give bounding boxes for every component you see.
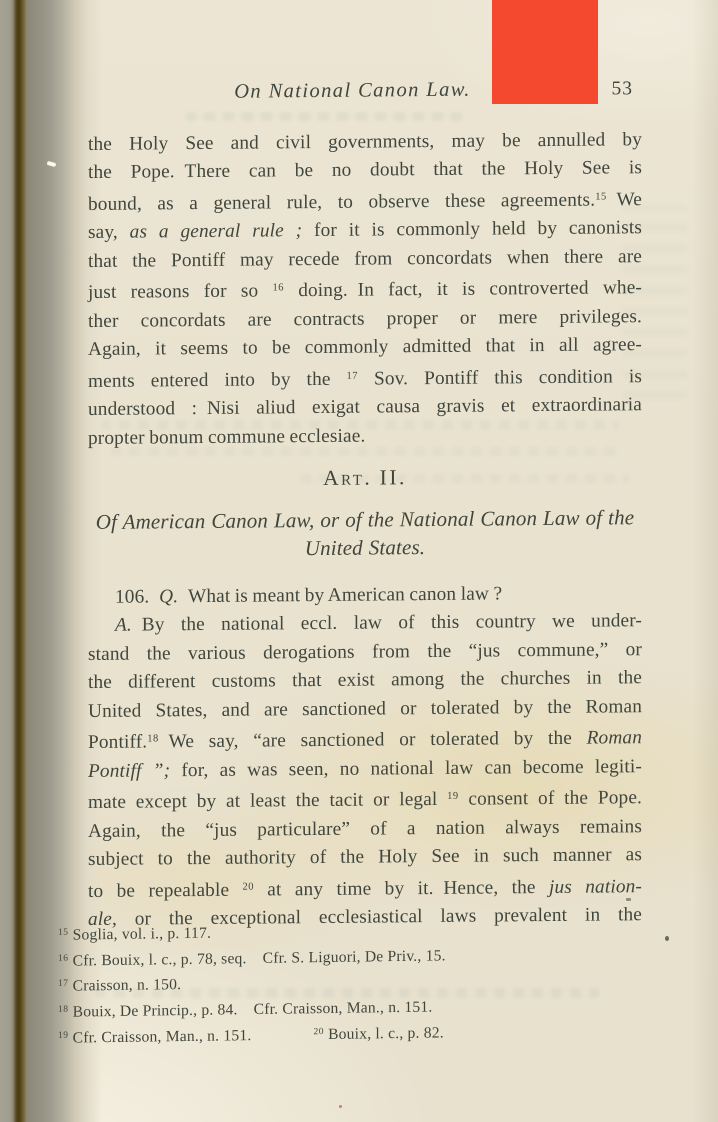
text-line: to be repealable 20 at any time by it. H… xyxy=(88,870,642,906)
article-heading: Art. II. xyxy=(88,461,642,495)
text-line: United States. xyxy=(88,532,642,565)
paper-speck xyxy=(626,898,631,901)
page-number: 53 xyxy=(612,78,634,100)
text-line: say, as a general rule ; for it is commo… xyxy=(88,215,642,248)
footnotes-block: 15 Soglia, vol. i., p. 117.16 Cfr. Bouix… xyxy=(58,914,640,1051)
text-line: the different customs that exist among t… xyxy=(88,665,642,698)
text-line: subject to the authority of the Holy See… xyxy=(88,841,642,874)
text-line: propter bonum commune ecclesiae. xyxy=(88,420,642,453)
text-line: just reasons for so 16 doing. In fact, i… xyxy=(88,271,642,307)
text-line: Again, it seems to be commonly admitted … xyxy=(88,331,642,364)
text-line: ments entered into by the 17 Sov. Pontif… xyxy=(88,360,642,396)
opening-paragraph: the Holy See and civil governments, may … xyxy=(88,126,642,453)
paper-speck xyxy=(665,936,669,941)
page-content: On National Canon Law. 53 the Holy See a… xyxy=(0,0,718,1122)
question-answer-paragraph: 106. Q. What is meant by American canon … xyxy=(88,579,642,934)
text-line: understood : Nisi aliud exigat causa gra… xyxy=(88,391,642,424)
text-block: the Holy See and civil governments, may … xyxy=(88,126,642,934)
scanned-page: On National Canon Law. 53 the Holy See a… xyxy=(0,0,718,1122)
page-header: On National Canon Law. 53 xyxy=(88,77,642,112)
text-line: Of American Canon Law, or of the Nationa… xyxy=(88,503,642,536)
text-line: mate except by at least the tacit or leg… xyxy=(88,781,642,817)
paper-speck xyxy=(339,1105,342,1108)
text-line: Pontiff.18 We say, “are sanctioned or to… xyxy=(88,721,642,757)
section-title: Of American Canon Law, or of the Nationa… xyxy=(88,503,642,565)
text-line: bound, as a general rule, to observe the… xyxy=(88,183,642,219)
running-title: On National Canon Law. xyxy=(88,77,617,105)
